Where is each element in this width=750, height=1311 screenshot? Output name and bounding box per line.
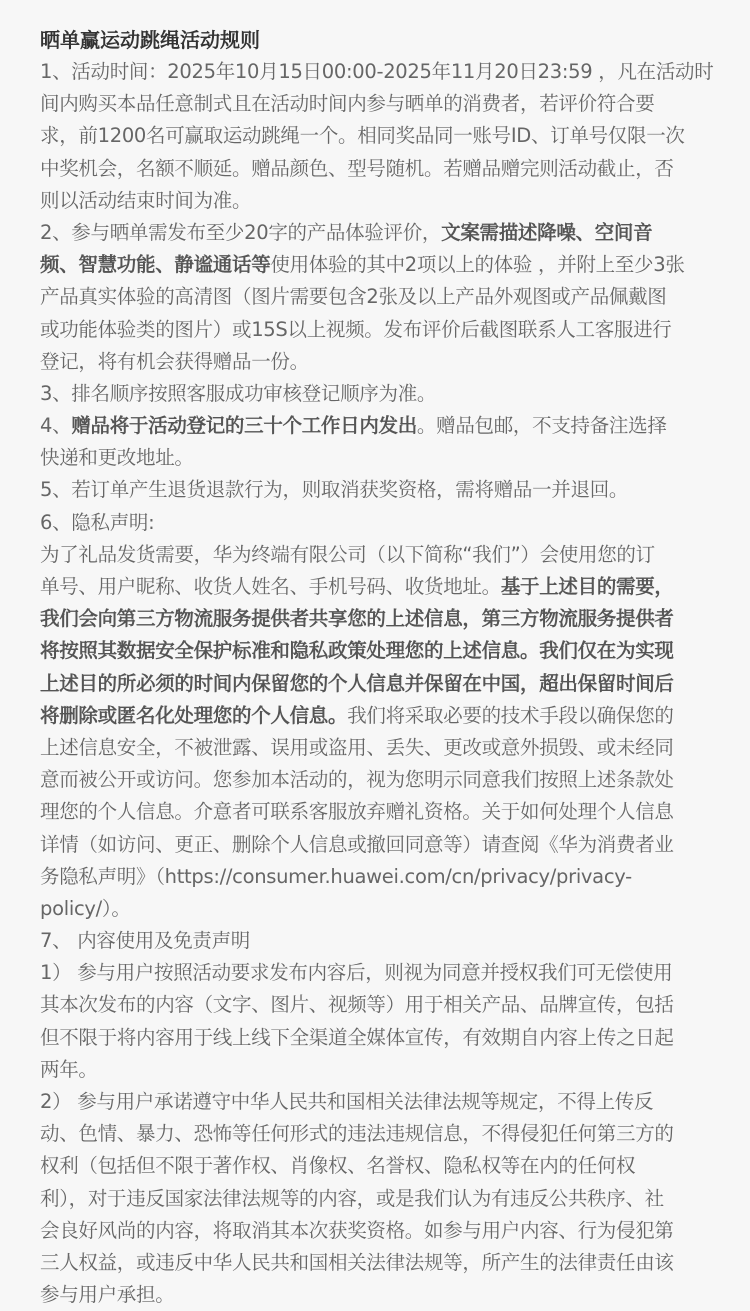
text-segment: 登记，将有机会获得赠品一份。 [40,350,309,373]
text-segment: 意而被公开或访问。您参加本活动的，视为您明示同意我们按照上述条款处 [40,768,674,791]
text-line: 会良好风尚的内容，将取消其本次获奖资格。如参与用户内容、行为侵犯第 [40,1215,712,1247]
text-line: 理您的个人信息。介意者可联系客服放弃赠礼资格。关于如何处理个人信息 [40,796,712,828]
text-segment: 务隐私声明》（https://consumer.huawei.com/cn/pr… [40,865,632,888]
text-segment: 产品真实体验的高清图（图片需要包含2张及以上产品外观图或产品佩戴图 [40,285,667,308]
text-line: 将删除或匿名化处理您的个人信息。我们将采取必要的技术手段以确保您的 [40,700,712,732]
text-segment: 为了礼品发货需要，华为终端有限公司（以下简称“我们”）会使用您的订 [40,543,655,566]
text-line: 5、若订单产生退货退款行为，则取消获奖资格，需将赠品一并退回。 [40,474,712,506]
text-line: 三人权益，或违反中华人民共和国相关法律法规等，所产生的法律责任由该 [40,1247,712,1279]
text-segment: 间内购买本品任意制式且在活动时间内参与晒单的消费者，若评价符合要 [40,92,654,115]
text-line: 产品真实体验的高清图（图片需要包含2张及以上产品外观图或产品佩戴图 [40,281,712,313]
text-segment: 4、 [40,414,71,437]
text-segment: 中奖机会，名额不顺延。赠品颜色、型号随机。若赠品赠完则活动截止，否 [40,157,674,180]
text-segment: 2、参与晒单需发布至少20字的产品体验评价， [40,221,441,244]
text-line: 则以活动结束时间为准。 [40,185,712,217]
text-line: 利），对于违反国家法律法规等的内容，或是我们认为有违反公共秩序、社 [40,1183,712,1215]
rules-body: 1、活动时间：2025年10月15日00:00-2025年11月20日23:59… [40,56,712,1288]
text-line: 4、赠品将于活动登记的三十个工作日内发出。赠品包邮，不支持备注选择 [40,410,712,442]
text-segment: 快递和更改地址。 [40,446,194,469]
text-line: 两年。 [40,1054,712,1086]
text-line: policy/）。 [40,893,712,925]
text-line: 1） 参与用户按照活动要求发布内容后，则视为同意并授权我们可无偿使用 [40,957,712,989]
text-segment: 理您的个人信息。介意者可联系客服放弃赠礼资格。关于如何处理个人信息 [40,800,674,823]
text-segment: 2） 参与用户承诺遵守中华人民共和国相关法律法规等规定，不得上传反 [40,1090,653,1113]
text-segment: 动、色情、暴力、恐怖等任何形式的违法违规信息，不得侵犯任何第三方的 [40,1122,674,1145]
text-line: 将按照其数据安全保护标准和隐私政策处理您的上述信息。我们仅在为实现 [40,635,712,667]
text-line: 7、 内容使用及免责声明 [40,925,712,957]
text-line: 但不限于将内容用于线上线下全渠道全媒体宣传，有效期自内容上传之日起 [40,1022,712,1054]
text-line: 频、智慧功能、静谧通话等使用体验的其中2项以上的体验 ，并附上至少3张 [40,249,712,281]
text-segment: 使用体验的其中2项以上的体验 ，并附上至少3张 [270,253,684,276]
bold-text: 文案需描述降噪、空间音 [441,221,652,244]
text-segment: 权利（包括但不限于著作权、肖像权、名誉权、隐私权等在内的任何权 [40,1154,635,1177]
text-line: 参与用户承担。 [40,1279,712,1288]
bold-text: 频、智慧功能、静谧通话等 [40,253,270,276]
text-line: 求，前1200名可赢取运动跳绳一个。相同奖品同一账号ID、订单号仅限一次 [40,120,712,152]
text-segment: 详情（如访问、更正、删除个人信息或撤回同意等）请查阅《华为消费者业 [40,833,674,856]
page-title: 晒单赢运动跳绳活动规则 [40,24,712,56]
text-segment: 我们将采取必要的技术手段以确保您的 [347,704,673,727]
text-line: 中奖机会，名额不顺延。赠品颜色、型号随机。若赠品赠完则活动截止，否 [40,153,712,185]
text-segment: 。赠品包邮，不支持备注选择 [417,414,667,437]
text-line: 间内购买本品任意制式且在活动时间内参与晒单的消费者，若评价符合要 [40,88,712,120]
text-segment: 5、若订单产生退货退款行为，则取消获奖资格，需将赠品一并退回。 [40,478,628,501]
text-line: 2） 参与用户承诺遵守中华人民共和国相关法律法规等规定，不得上传反 [40,1086,712,1118]
bold-text: 上述目的所必须的时间内保留您的个人信息并保留在中国，超出保留时间后 [40,672,674,695]
text-segment: 1、活动时间：2025年10月15日00:00-2025年11月20日23:59… [40,60,713,83]
text-line: 或功能体验类的图片）或15S以上视频。发布评价后截图联系人工客服进行 [40,314,712,346]
text-segment: 6、隐私声明: [40,511,154,534]
text-line: 6、隐私声明: [40,507,712,539]
text-segment: 上述信息安全，不被泄露、误用或盗用、丢失、更改或意外损毁、或未经同 [40,736,674,759]
text-line: 权利（包括但不限于著作权、肖像权、名誉权、隐私权等在内的任何权 [40,1150,712,1182]
text-line: 快递和更改地址。 [40,442,712,474]
text-segment: 利），对于违反国家法律法规等的内容，或是我们认为有违反公共秩序、社 [40,1187,664,1210]
bold-text: 我们会向第三方物流服务提供者共享您的上述信息，第三方物流服务提供者 [40,607,674,630]
rules-document: 晒单赢运动跳绳活动规则 1、活动时间：2025年10月15日00:00-2025… [40,24,712,1288]
text-line: 1、活动时间：2025年10月15日00:00-2025年11月20日23:59… [40,56,712,88]
text-segment: 两年。 [40,1058,98,1081]
text-segment: 单号、用户昵称、收货人姓名、手机号码、收货地址。 [40,575,501,598]
bold-text: 赠品将于活动登记的三十个工作日内发出 [71,414,417,437]
text-segment: 或功能体验类的图片）或15S以上视频。发布评价后截图联系人工客服进行 [40,318,672,341]
text-line: 2、参与晒单需发布至少20字的产品体验评价，文案需描述降噪、空间音 [40,217,712,249]
text-line: 上述信息安全，不被泄露、误用或盗用、丢失、更改或意外损毁、或未经同 [40,732,712,764]
text-line: 意而被公开或访问。您参加本活动的，视为您明示同意我们按照上述条款处 [40,764,712,796]
text-line: 动、色情、暴力、恐怖等任何形式的违法违规信息，不得侵犯任何第三方的 [40,1118,712,1150]
text-segment: 其本次发布的内容（文字、图片、视频等）用于相关产品、品牌宣传，包括 [40,993,674,1016]
text-line: 为了礼品发货需要，华为终端有限公司（以下简称“我们”）会使用您的订 [40,539,712,571]
text-segment: 1） 参与用户按照活动要求发布内容后，则视为同意并授权我们可无偿使用 [40,961,672,984]
text-segment: policy/）。 [40,897,131,920]
bold-text: 将删除或匿名化处理您的个人信息。 [40,704,347,727]
text-segment: 会良好风尚的内容，将取消其本次获奖资格。如参与用户内容、行为侵犯第 [40,1219,674,1242]
text-line: 详情（如访问、更正、删除个人信息或撤回同意等）请查阅《华为消费者业 [40,829,712,861]
text-line: 登记，将有机会获得赠品一份。 [40,346,712,378]
text-line: 上述目的所必须的时间内保留您的个人信息并保留在中国，超出保留时间后 [40,668,712,700]
bold-text: 基于上述目的需要， [501,575,674,598]
text-segment: 但不限于将内容用于线上线下全渠道全媒体宣传，有效期自内容上传之日起 [40,1026,674,1049]
text-line: 单号、用户昵称、收货人姓名、手机号码、收货地址。基于上述目的需要， [40,571,712,603]
text-line: 务隐私声明》（https://consumer.huawei.com/cn/pr… [40,861,712,893]
text-segment: 求，前1200名可赢取运动跳绳一个。相同奖品同一账号ID、订单号仅限一次 [40,124,685,147]
text-segment: 则以活动结束时间为准。 [40,189,251,212]
text-line: 我们会向第三方物流服务提供者共享您的上述信息，第三方物流服务提供者 [40,603,712,635]
bold-text: 将按照其数据安全保护标准和隐私政策处理您的上述信息。我们仅在为实现 [40,639,674,662]
text-segment: 3、排名顺序按照客服成功审核登记顺序为准。 [40,382,436,405]
text-segment: 参与用户承担。 [40,1283,174,1288]
text-segment: 7、 内容使用及免责声明 [40,929,250,952]
text-line: 其本次发布的内容（文字、图片、视频等）用于相关产品、品牌宣传，包括 [40,989,712,1021]
text-segment: 三人权益，或违反中华人民共和国相关法律法规等，所产生的法律责任由该 [40,1251,674,1274]
text-line: 3、排名顺序按照客服成功审核登记顺序为准。 [40,378,712,410]
